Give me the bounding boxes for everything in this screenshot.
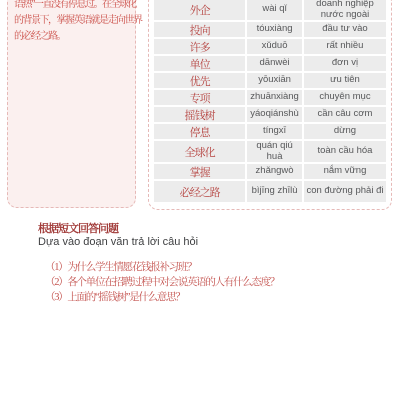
vocab-pinyin: dānwèi [247,56,302,71]
vocab-word-cn: 外企 [154,0,245,20]
vocab-translation-vi: doanh nghiệp nước ngoài [304,0,386,20]
vocab-pinyin: yōuxiān [247,73,302,88]
questions-title-cn: 根据短文回答问题 [38,220,118,236]
vocab-pinyin: zhǎngwò [247,164,302,179]
vocab-pinyin: tíngxī [247,124,302,139]
vocab-translation-vi: rất nhiều [304,39,386,54]
vocab-pinyin: yáoqiánshù [247,107,302,122]
vocab-translation-vi: toàn cầu hóa [304,141,386,162]
vocab-translation-vi: con đường phải đi [304,181,386,202]
vocab-word-cn: 单位 [154,56,245,71]
vocab-row: 单位 dānwèi đơn vị [154,56,386,71]
question-item: （3）上面的“摇钱树”是什么意思？ [45,290,279,305]
questions-title-vi: Dựa vào đoạn văn trả lời câu hỏi [38,236,198,248]
vocab-row: 许多 xǔduō rất nhiều [154,39,386,54]
vocab-row: 掌握 zhǎngwò nắm vững [154,164,386,179]
vocab-word-cn: 必经之路 [154,181,245,202]
vocab-word-cn: 投向 [154,22,245,37]
vocab-translation-vi: đầu tư vào [304,22,386,37]
vocab-row: 专项 zhuānxiàng chuyên mục [154,90,386,105]
vocab-row: 停息 tíngxī dừng [154,124,386,139]
vocab-translation-vi: đơn vị [304,56,386,71]
vocab-row: 投向 tóuxiàng đầu tư vào [154,22,386,37]
passage-line: 语热”一直没有停息过。在全球化 [14,0,131,13]
vocab-pinyin: tóuxiàng [247,22,302,37]
vocab-translation-vi: dừng [304,124,386,139]
vocab-pinyin: bìjīng zhīlù [247,181,302,202]
vocab-word-cn: 许多 [154,39,245,54]
vocab-row: 摇钱树 yáoqiánshù cần câu cơm [154,107,386,122]
vocab-word-cn: 专项 [154,90,245,105]
vocab-word-cn: 停息 [154,124,245,139]
vocab-word-cn: 摇钱树 [154,107,245,122]
vocab-translation-vi: nắm vững [304,164,386,179]
vocab-row: 优先 yōuxiān ưu tiên [154,73,386,88]
vocab-pinyin: zhuānxiàng [247,90,302,105]
questions-list: （1）为什么学生情愿花钱报补习班？ （2）各个单位在招聘过程中对会说英语的人有什… [45,260,279,305]
reading-passage-box: 语热”一直没有停息过。在全球化 的背景下，掌握英语就是走向世界 的必经之路。 [7,0,136,208]
vocab-word-cn: 优先 [154,73,245,88]
vocab-translation-vi: ưu tiên [304,73,386,88]
vocab-pinyin: wài qǐ [247,0,302,20]
vocab-word-cn: 掌握 [154,164,245,179]
vocab-row: 必经之路 bìjīng zhīlù con đường phải đi [154,181,386,202]
question-item: （1）为什么学生情愿花钱报补习班？ [45,260,279,275]
vocab-word-cn: 全球化 [154,141,245,162]
vocab-translation-vi: cần câu cơm [304,107,386,122]
vocab-row: 全球化 quán qiú huà toàn cầu hóa [154,141,386,162]
vocab-table: 外企 wài qǐ doanh nghiệp nước ngoài 投向 tóu… [148,0,392,210]
passage-line: 的背景下，掌握英语就是走向世界 [14,13,131,29]
vocab-translation-vi: chuyên mục [304,90,386,105]
vocab-pinyin: quán qiú huà [247,141,302,162]
vocab-pinyin: xǔduō [247,39,302,54]
passage-line: 的必经之路。 [14,29,131,45]
vocab-row: 外企 wài qǐ doanh nghiệp nước ngoài [154,0,386,20]
question-item: （2）各个单位在招聘过程中对会说英语的人有什么态度？ [45,275,279,290]
